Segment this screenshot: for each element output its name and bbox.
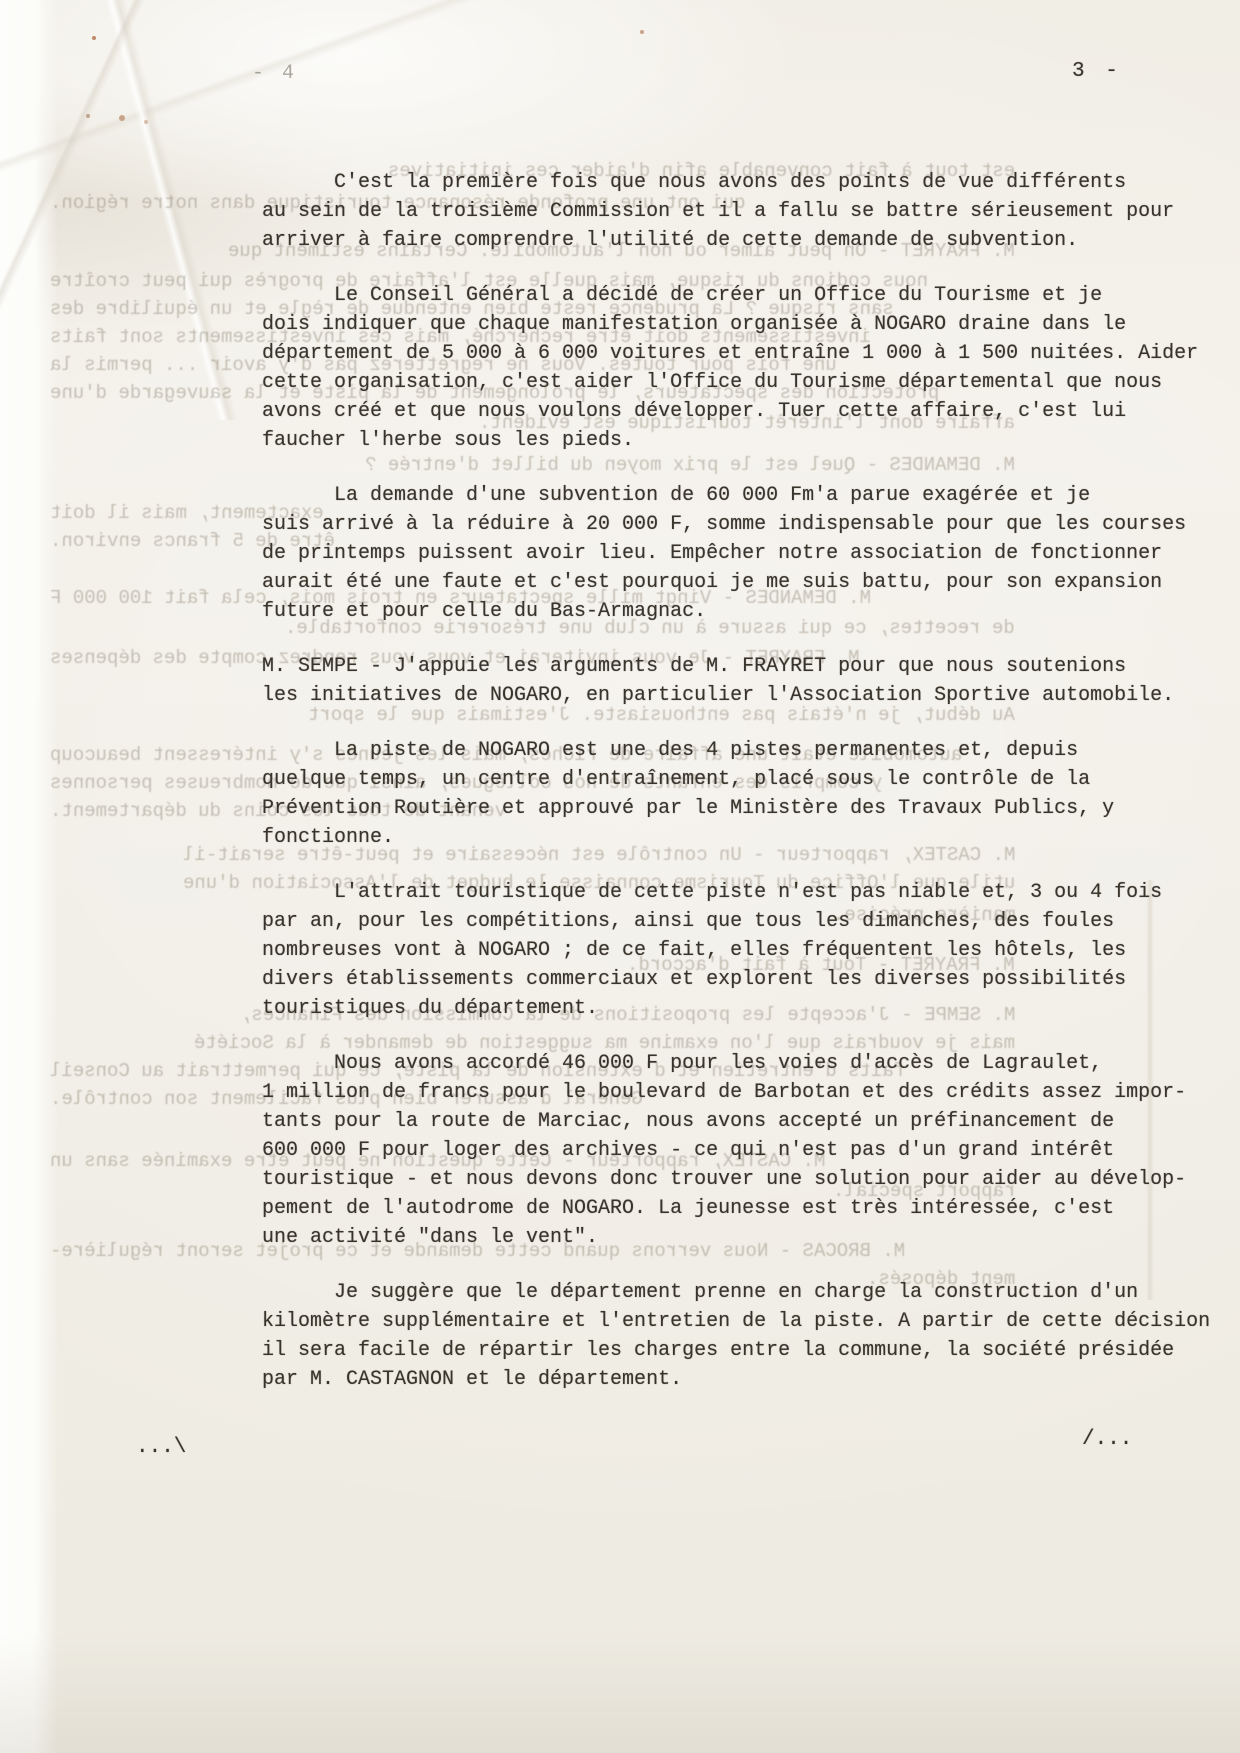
paragraph: La piste de NOGARO est une des 4 pistes …	[262, 736, 1240, 852]
bleedthrough-page-number: - 4	[252, 62, 297, 85]
page-number: 3 -	[1072, 60, 1122, 83]
paragraph: C'est la première fois que nous avons de…	[262, 168, 1240, 255]
continuation-mark-right: /...	[1082, 1428, 1132, 1451]
paper-bottom-shade	[0, 1633, 1240, 1753]
paragraph: Je suggère que le département prenne en …	[262, 1278, 1240, 1394]
document-text: C'est la première fois que nous avons de…	[262, 168, 1240, 1420]
paragraph: L'attrait touristique de cette piste n'e…	[262, 878, 1240, 1023]
paragraph: Le Conseil Général a décidé de créer un …	[262, 281, 1240, 455]
paragraph: La demande d'une subvention de 60 000 Fm…	[262, 481, 1240, 626]
continuation-mark-left: ...\	[136, 1436, 186, 1459]
paragraph: Nous avons accordé 46 000 F pour les voi…	[262, 1049, 1240, 1252]
paper-specks	[92, 36, 96, 40]
paragraph: M. SEMPE - J'appuie les arguments de M. …	[262, 652, 1240, 710]
